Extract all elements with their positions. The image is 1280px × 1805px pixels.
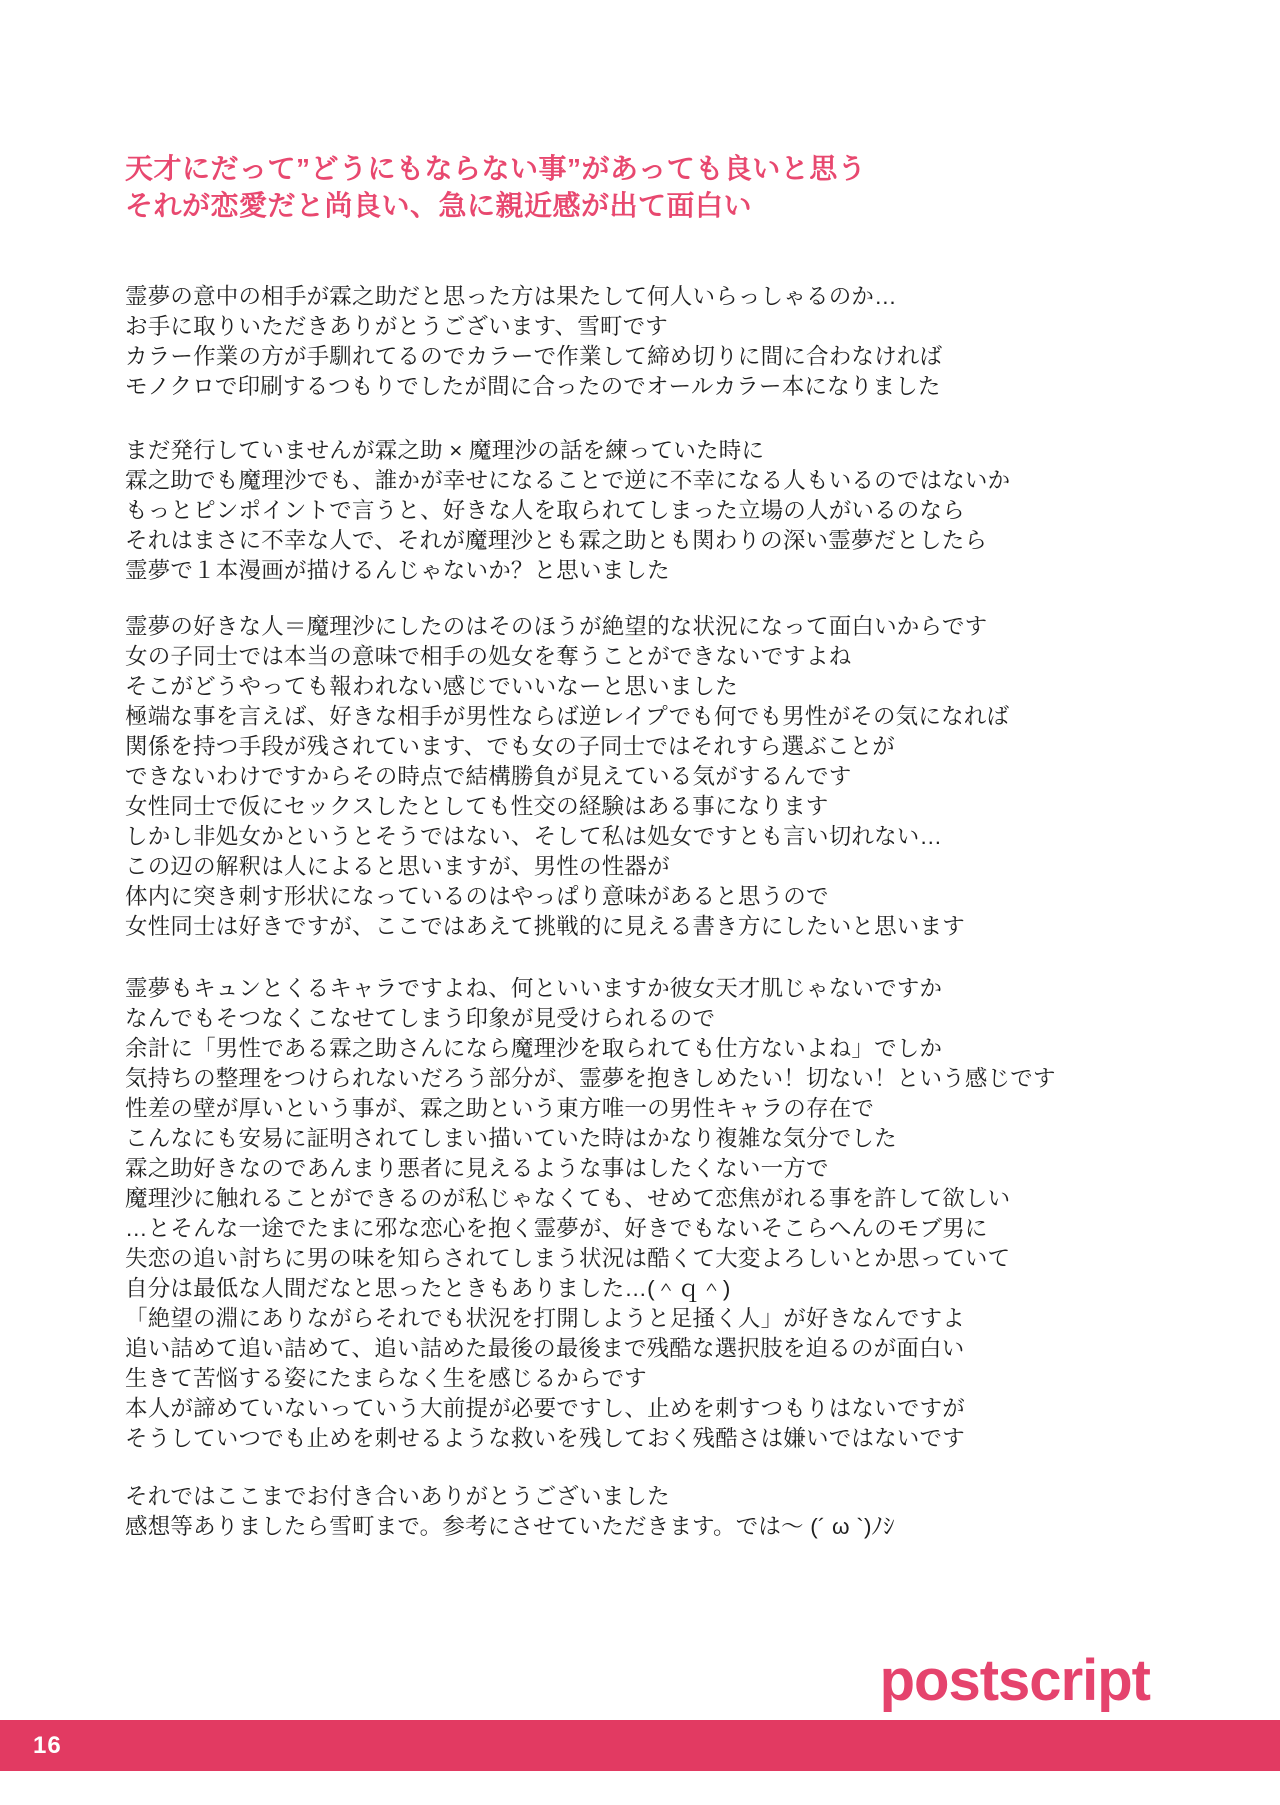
paragraph-theme-discussion: 霊夢の好きな人＝魔理沙にしたのはそのほうが絶望的な状況になって面白いからです 女… xyxy=(125,612,1009,942)
paragraph-story-origin: まだ発行していませんが霖之助 × 魔理沙の話を練っていた時に 霖之助でも魔理沙で… xyxy=(125,436,1010,586)
paragraph-closing: それではここまでお付き合いありがとうございました 感想等ありましたら雪町まで。参… xyxy=(125,1482,895,1542)
afterword-page: 天才にだって”どうにもならない事”があっても良いと思う それが恋愛だと尚良い、急… xyxy=(0,0,1280,1805)
paragraph-character-thoughts: 霊夢もキュンとくるキャラですよね、何といいますか彼女天才肌じゃないですか なんで… xyxy=(125,974,1056,1454)
page-heading: 天才にだって”どうにもならない事”があっても良いと思う それが恋愛だと尚良い、急… xyxy=(125,150,866,224)
page-number: 16 xyxy=(33,1732,62,1760)
postscript-label: postscript xyxy=(880,1652,1150,1710)
footer-accent-bar: 16 xyxy=(0,1720,1280,1771)
paragraph-greeting: 霊夢の意中の相手が霖之助だと思った方は果たして何人いらっしゃるのか… お手に取り… xyxy=(125,282,942,402)
